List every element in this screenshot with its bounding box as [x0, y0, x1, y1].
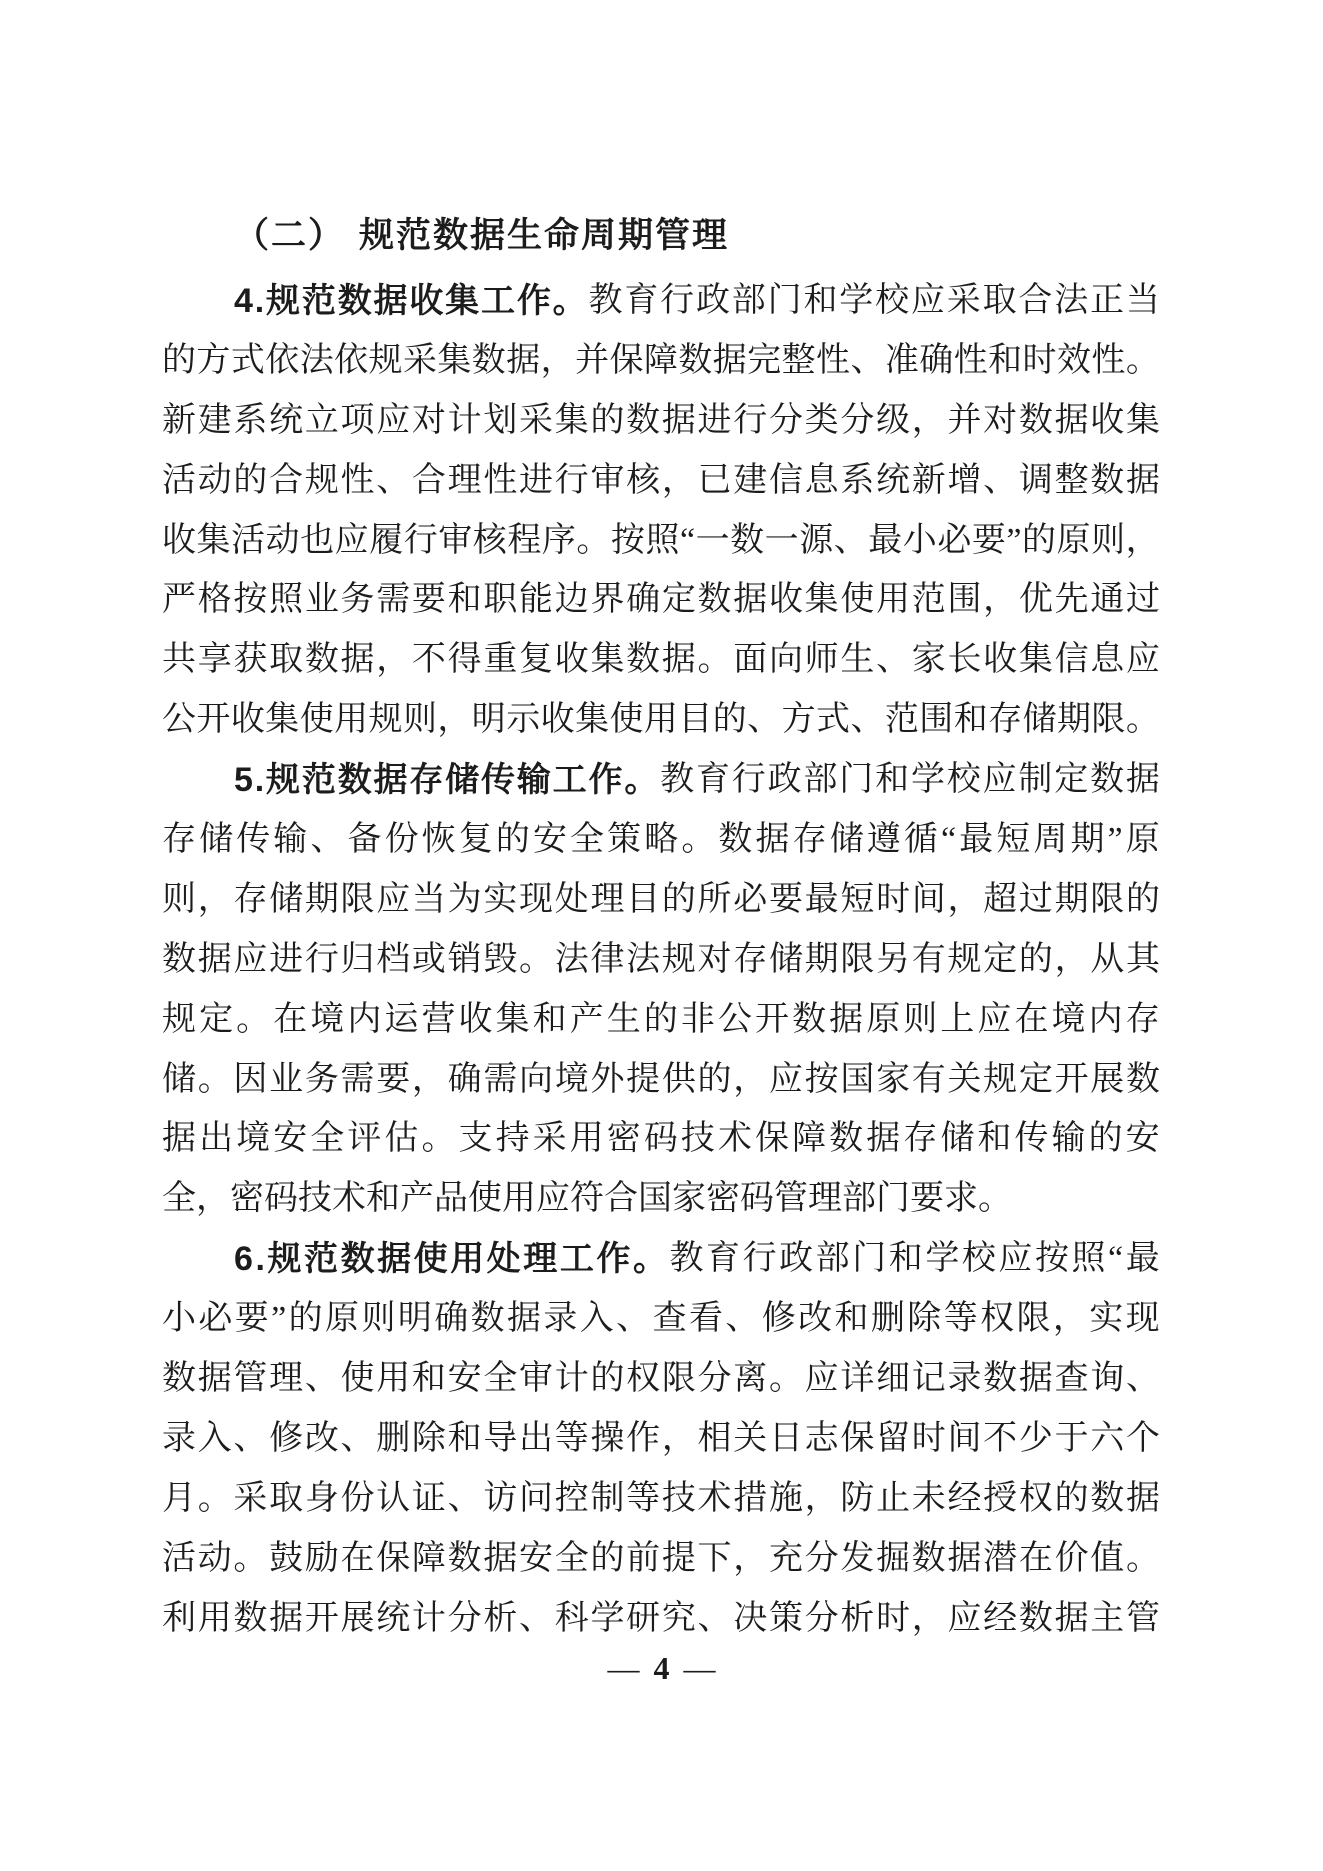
- page-footer: — 4 —: [0, 1650, 1323, 1687]
- text-line-p6-4: 录入、修改、删除和导出等操作，相关日志保留时间不少于六个: [162, 1409, 1160, 1469]
- text-line-p4-1: 4.规范数据收集工作。教育行政部门和学校应采取合法正当: [162, 271, 1160, 331]
- text-line-p4-4: 活动的合规性、合理性进行审核，已建信息系统新增、调整数据: [162, 451, 1160, 511]
- text-line-p6-2: 小必要”的原则明确数据录入、查看、修改和删除等权限，实现: [162, 1289, 1160, 1349]
- text-line-p4-3: 新建系统立项应对计划采集的数据进行分类分级，并对数据收集: [162, 391, 1160, 451]
- text-line-p6-6: 活动。鼓励在保障数据安全的前提下，充分发掘数据潜在价值。: [162, 1529, 1160, 1589]
- text-line-p6-5: 月。采取身份认证、访问控制等技术措施，防止未经授权的数据: [162, 1469, 1160, 1529]
- text-line-p5-4: 数据应进行归档或销毁。法律法规对存储期限另有规定的，从其: [162, 930, 1160, 990]
- text-line-p5-2: 存储传输、备份恢复的安全策略。数据存储遵循“最短周期”原: [162, 810, 1160, 870]
- text-line-p5-6: 储。因业务需要，确需向境外提供的，应按国家有关规定开展数: [162, 1050, 1160, 1110]
- text-line-p4-8: 公开收集使用规则，明示收集使用目的、方式、范围和存储期限。: [162, 690, 1160, 750]
- document-page: （二）规范数据生命周期管理 4.规范数据收集工作。教育行政部门和学校应采取合法正…: [0, 0, 1323, 1871]
- text-line-p5-5: 规定。在境内运营收集和产生的非公开数据原则上应在境内存: [162, 990, 1160, 1050]
- text-line-p5-8: 全，密码技术和产品使用应符合国家密码管理部门要求。: [162, 1169, 1160, 1229]
- text-line-p4-6: 严格按照业务需要和职能边界确定数据收集使用范围，优先通过: [162, 570, 1160, 630]
- footer-dash-right: —: [684, 1650, 716, 1687]
- text-line-p6-7: 利用数据开展统计分析、科学研究、决策分析时，应经数据主管: [162, 1589, 1160, 1649]
- section-heading: （二）规范数据生命周期管理: [234, 208, 729, 258]
- text-line-p6-3: 数据管理、使用和安全审计的权限分离。应详细记录数据查询、: [162, 1349, 1160, 1409]
- section-heading-title: 规范数据生命周期管理: [359, 216, 729, 255]
- text-line-p6-1: 6.规范数据使用处理工作。教育行政部门和学校应按照“最: [162, 1229, 1160, 1289]
- text-line-p4-7: 共享获取数据，不得重复收集数据。面向师生、家长收集信息应: [162, 630, 1160, 690]
- text-line-p5-7: 据出境安全评估。支持采用密码技术保障数据存储和传输的安: [162, 1109, 1160, 1169]
- footer-dash-left: —: [608, 1650, 640, 1687]
- page-number: 4: [654, 1650, 670, 1687]
- text-line-p5-3: 则，存储期限应当为实现处理目的所必要最短时间，超过期限的: [162, 870, 1160, 930]
- text-line-p4-2: 的方式依法依规采集数据，并保障数据完整性、准确性和时效性。: [162, 331, 1160, 391]
- section-heading-label: （二）: [234, 216, 345, 255]
- text-line-p4-5: 收集活动也应履行审核程序。按照“一数一源、最小必要”的原则，: [162, 511, 1160, 571]
- text-line-p5-1: 5.规范数据存储传输工作。教育行政部门和学校应制定数据: [162, 750, 1160, 810]
- document-body: 4.规范数据收集工作。教育行政部门和学校应采取合法正当的方式依法依规采集数据，并…: [162, 271, 1160, 1648]
